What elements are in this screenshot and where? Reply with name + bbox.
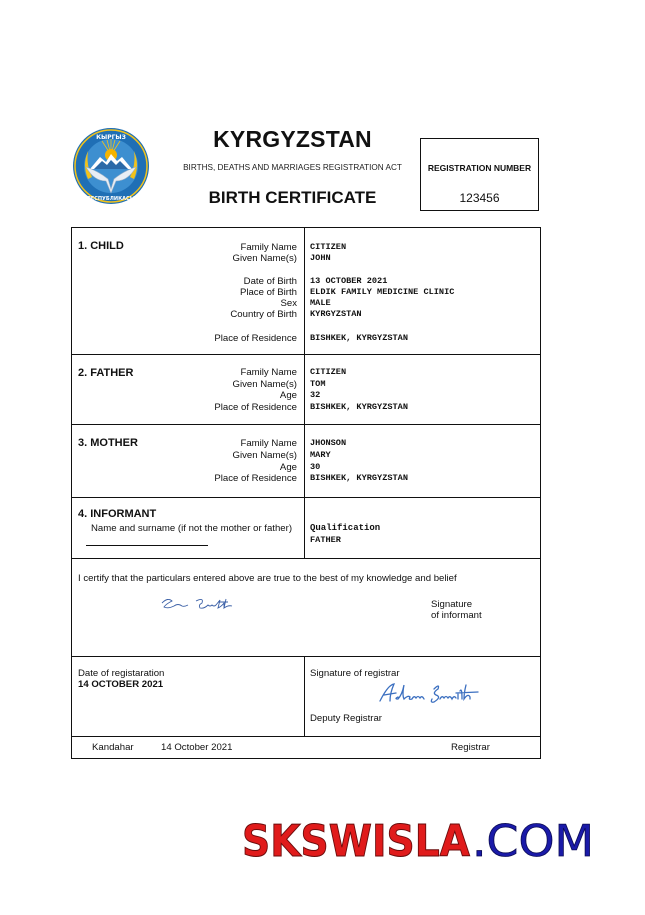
registration-act: BIRTHS, DEATHS AND MARRIAGES REGISTRATIO… (160, 163, 425, 172)
svg-text:РЕСПУБЛИКАСЫ: РЕСПУБЛИКАСЫ (87, 196, 135, 202)
qualification-value: FATHER (310, 535, 341, 546)
field-value: ELDIK FAMILY MEDICINE CLINIC (310, 287, 454, 298)
deputy-registrar-label: Deputy Registrar (310, 713, 382, 724)
field-value: JHONSON (310, 438, 346, 449)
field-value: CITIZEN (310, 242, 346, 253)
field-label: Family Name (240, 367, 297, 378)
section-title: 1. CHILD (78, 240, 124, 252)
field-value: MALE (310, 298, 331, 309)
registrar-signature-label: Signature of registrar (310, 668, 400, 679)
watermark-domain: .COM (472, 816, 594, 867)
informant-signature-label: Signature of informant (431, 599, 482, 621)
field-label: Country of Birth (230, 309, 297, 320)
qualification-label: Qualification (310, 523, 380, 534)
field-label: Date of Birth (244, 276, 297, 287)
field-value: CITIZEN (310, 367, 346, 378)
section-title: 4. INFORMANT (78, 508, 156, 520)
field-label: Family Name (240, 438, 297, 449)
informant-name-line (86, 545, 208, 546)
section-title: 2. FATHER (78, 367, 133, 379)
field-label: Age (280, 390, 297, 401)
footer-role: Registrar (451, 742, 490, 753)
registration-number-value: 123456 (421, 191, 538, 205)
field-value: 13 OCTOBER 2021 (310, 276, 387, 287)
footer-place: Kandahar (92, 742, 134, 753)
field-label: Sex (280, 298, 297, 309)
watermark-logo: SKSWISLA .COM (240, 812, 620, 868)
registration-date-value: 14 OCTOBER 2021 (78, 679, 163, 690)
section-informant: 4. INFORMANT Name and surname (if not th… (72, 498, 540, 559)
footer-date: 14 October 2021 (161, 742, 232, 753)
field-value: 30 (310, 462, 320, 473)
informant-name-label: Name and surname (if not the mother or f… (91, 523, 292, 534)
field-value: JOHN (310, 253, 331, 264)
certification-statement: I certify that the particulars entered a… (78, 573, 457, 584)
field-label: Given Name(s) (232, 450, 297, 461)
certificate-table: 1. CHILD Family Name CITIZEN Given Name(… (71, 227, 541, 759)
document-title: BIRTH CERTIFICATE (160, 188, 425, 208)
watermark-name: SKSWISLA (242, 816, 470, 867)
field-label: Given Name(s) (232, 379, 297, 390)
svg-text:КЫРГЫЗ: КЫРГЫЗ (96, 134, 126, 141)
field-value: 32 (310, 390, 320, 401)
field-label: Given Name(s) (232, 253, 297, 264)
field-value: BISHKEK, KYRGYZSTAN (310, 333, 408, 344)
field-label: Age (280, 462, 297, 473)
field-value: TOM (310, 379, 325, 390)
registration-date-label: Date of registaration (78, 668, 164, 679)
registrar-signature (374, 681, 484, 712)
registration-number-box: REGISTRATION NUMBER 123456 (420, 138, 539, 211)
field-value: BISHKEK, KYRGYZSTAN (310, 473, 408, 484)
section-registration: Date of registaration 14 OCTOBER 2021 Si… (72, 657, 540, 737)
section-certification: I certify that the particulars entered a… (72, 559, 540, 657)
field-label: Family Name (240, 242, 297, 253)
field-value: KYRGYZSTAN (310, 309, 362, 320)
field-label: Place of Residence (214, 333, 297, 344)
field-label: Place of Birth (240, 287, 297, 298)
field-value: BISHKEK, KYRGYZSTAN (310, 402, 408, 413)
section-child: 1. CHILD Family Name CITIZEN Given Name(… (72, 228, 540, 355)
section-title: 3. MOTHER (78, 437, 138, 449)
field-label: Place of Residence (214, 473, 297, 484)
informant-signature (158, 595, 238, 618)
field-value: MARY (310, 450, 331, 461)
section-footer: Kandahar 14 October 2021 Registrar (72, 737, 540, 759)
country-name: KYRGYZSTAN (160, 126, 425, 153)
state-emblem-icon: КЫРГЫЗ РЕСПУБЛИКАСЫ (72, 127, 150, 205)
section-father: 2. FATHER Family Name CITIZEN Given Name… (72, 355, 540, 425)
section-mother: 3. MOTHER Family Name JHONSON Given Name… (72, 425, 540, 498)
field-label: Place of Residence (214, 402, 297, 413)
registration-number-label: REGISTRATION NUMBER (421, 163, 538, 173)
